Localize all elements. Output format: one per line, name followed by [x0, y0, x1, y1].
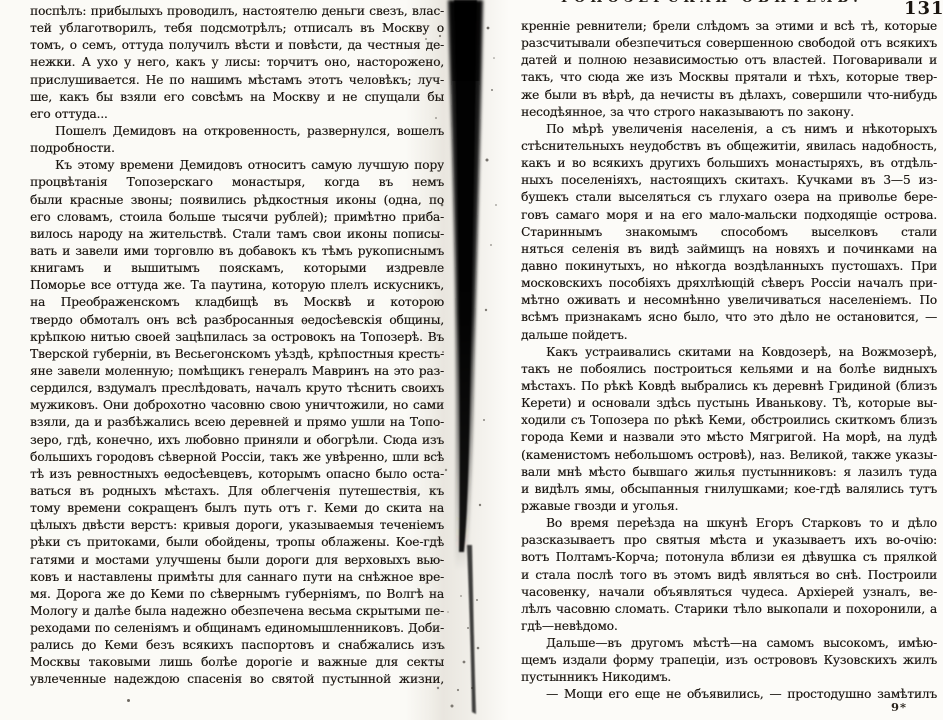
text-line: цѣлыхъ двѣсти верстъ: кривыя дороги, ука… — [30, 517, 444, 534]
text-line: разсчитывали обезпечиться совершенною св… — [521, 35, 937, 52]
text-line: мѣстахъ. По рѣкѣ Ковдѣ выбрались къ дере… — [521, 378, 937, 395]
text-line: бушекъ стали выселяться съ глухаго озера… — [521, 189, 937, 206]
text-line: мя. Дорога же до Кеми по сѣвернымъ губер… — [30, 586, 444, 603]
text-line: няться селенія въ видѣ займищъ на новяхъ… — [521, 241, 937, 258]
text-line: сердился, вздумалъ преслѣдовать, началъ … — [30, 380, 444, 397]
text-line: же были въ вѣрѣ, да нечисты въ дѣлахъ, с… — [521, 87, 937, 104]
text-line: пустынникъ Никодимъ. — [521, 669, 937, 686]
text-line: Тверской губерніи, въ Весьегонскомъ уѣзд… — [30, 346, 444, 363]
text-line: часовенку, начали объявляться чудеса. Ар… — [521, 584, 937, 601]
text-line: гатями и мостами улучшены были дороги дл… — [30, 552, 444, 569]
text-line: ныхъ поселеніяхъ, настоящихъ скитахъ. Ку… — [521, 172, 937, 189]
text-line: мѣтно оживать и несомнѣнно увеличиваться… — [521, 292, 937, 309]
text-line: поспѣлъ: прибылыхъ проводилъ, настоятелю… — [30, 3, 444, 20]
text-line: такъ, что сюда же изъ Москвы прятали и т… — [521, 69, 937, 86]
text-line: подробности. — [30, 140, 444, 157]
text-line: процвѣтанія Топозерскаго монастыря, когд… — [30, 174, 444, 191]
text-line: яне завели моленную; помѣщикъ генералъ М… — [30, 363, 444, 380]
text-line: прислушивается. Не по нашимъ мѣстамъ это… — [30, 72, 444, 89]
binding-shadow — [428, 0, 504, 720]
text-line: Стариннымъ знакомымъ способомъ выселковъ… — [521, 224, 937, 241]
page-right-lines: кренніе ревнители; брели слѣдомъ за этим… — [521, 18, 937, 704]
text-line: По мѣрѣ увеличенія населенія, а съ нимъ … — [521, 121, 937, 138]
text-line: такъ не побоялись построиться кельями и … — [521, 361, 937, 378]
text-line: его словамъ, стоила больше тысячи рублей… — [30, 209, 444, 226]
text-line: тей ублаготворилъ, тебя подсмотрѣлъ; отп… — [30, 20, 444, 37]
text-line: томъ, о семъ, оттуда получилъ вѣсти и по… — [30, 37, 444, 54]
text-line: его оттуда... — [30, 106, 444, 123]
text-line: реходами по селеніямъ и общинамъ единомы… — [30, 620, 444, 637]
text-line: вали мнѣ мѣсто бывшаго жилья пустынников… — [521, 464, 937, 481]
text-line: гдѣ—невѣдомо. — [521, 618, 937, 635]
text-line: дальше пойдетъ. — [521, 327, 937, 344]
text-line: нежки. А ухо у него, какъ у лисы: торчит… — [30, 54, 444, 71]
text-line: зеро, гдѣ, конечно, ихъ любовно приняли … — [30, 432, 444, 449]
page-left-lines: поспѣлъ: прибылыхъ проводилъ, настоятелю… — [30, 3, 444, 689]
text-line: всѣмъ признакамъ ясно было, что это дѣло… — [521, 309, 937, 326]
text-line: Какъ устраивались скитами на Ковдозерѣ, … — [521, 344, 937, 361]
scan-speckle — [425, 38, 427, 40]
text-line: Москвы таковыми лишь болѣе дорогіе и важ… — [30, 654, 444, 671]
text-line: рались до Кеми безъ всякихъ паспортовъ и… — [30, 637, 444, 654]
text-line: щемъ издали форму трапеціи, изъ островов… — [521, 652, 937, 669]
running-header: ТОПОЗЕРСКАЯ ОБИТЕЛЬ. — [521, 0, 901, 11]
text-line: большихъ городовъ сѣверной Россіи, такъ … — [30, 449, 444, 466]
text-line: Пошелъ Демидовъ на откровенность, развер… — [30, 123, 444, 140]
text-line: вилось народу на жительствѣ. Стали тамъ … — [30, 226, 444, 243]
text-line: книгамъ и вышитымъ пояскамъ, которыми из… — [30, 260, 444, 277]
text-line: взяли, да и разбѣжались всею деревней и … — [30, 414, 444, 431]
text-line: давно покинутыхъ, но нѣкогда воздѣланных… — [521, 258, 937, 275]
text-line: — Мощи его еще не объявились, — простоду… — [521, 686, 937, 703]
text-line: города Кеми и назвали это мѣсто Мягригой… — [521, 429, 937, 446]
text-line: говъ самаго моря и на его мало-мальски п… — [521, 207, 937, 224]
text-line: ваться въ родныхъ мѣстахъ. Для облегчені… — [30, 483, 444, 500]
text-line: и видѣлъ ямы, обсыпанныя гнилушками; кое… — [521, 481, 937, 498]
text-line: Керети) и основали здѣсь пустынь Иванько… — [521, 395, 937, 412]
text-line: вотъ Полтамъ-Корча; потонула вблизи ея д… — [521, 549, 937, 566]
text-line: московскихъ пособіяхъ дряхлѣющій сѣверъ … — [521, 275, 937, 292]
text-line: увлеченные надеждою спасенія во святой п… — [30, 671, 444, 688]
text-line: и стала послѣ того въ этомъ видѣ являтьс… — [521, 567, 937, 584]
book-scan: ТОПОЗЕРСКАЯ ОБИТЕЛЬ. 131 поспѣлъ: прибыл… — [0, 0, 943, 720]
text-line: лѣлъ часовню сломать. Старики тѣло выкоп… — [521, 601, 937, 618]
text-line: были красные звоны; появились рѣдкостныя… — [30, 192, 444, 209]
running-title: ТОПОЗЕРСКАЯ ОБИТЕЛЬ. — [521, 0, 901, 8]
text-line: твердо обмоталъ онъ всѣ разбросанныя ѳед… — [30, 312, 444, 329]
text-line: кренніе ревнители; брели слѣдомъ за этим… — [521, 18, 937, 35]
text-line: вать и завели ими торговлю въ добавокъ к… — [30, 243, 444, 260]
text-line: какъ и во всякихъ другихъ большихъ монас… — [521, 155, 937, 172]
text-line: Поморье все оттуда же. Та паутина, котор… — [30, 277, 444, 294]
text-line: датей и полною независимостью отъ власте… — [521, 52, 937, 69]
text-line: несодѣянное, за что строго наказываютъ п… — [521, 104, 937, 121]
text-line: Во время переѣзда на шкунѣ Егоръ Старков… — [521, 515, 937, 532]
signature-mark: 9* — [891, 700, 907, 714]
text-line: крѣпкою нитью своей зацѣпилась за остров… — [30, 329, 444, 346]
text-line: ковъ и наставлены примѣты для саннаго пу… — [30, 569, 444, 586]
text-line: ходили съ Топозера по рѣкѣ Кеми, обстрои… — [521, 412, 937, 429]
text-line: ржавые гвозди и уголья. — [521, 498, 937, 515]
text-line: мужиковъ. Они доброхотно часовню свою ун… — [30, 397, 444, 414]
text-line: Дальше—въ другомъ мѣстѣ—на самомъ высоко… — [521, 635, 937, 652]
text-line: ше, какъ бы взяли его совсѣмъ на Москву … — [30, 89, 444, 106]
text-line: Къ этому времени Демидовъ относитъ самую… — [30, 157, 444, 174]
text-line: тѣ изъ ревностныхъ ѳедосѣевцевъ, которым… — [30, 466, 444, 483]
text-line: Мологу и далѣе была надежно обезпечена в… — [30, 603, 444, 620]
page-number: 131 — [904, 0, 943, 19]
text-line: рѣки съ притоками, были обойдены, тропы … — [30, 534, 444, 551]
scan-speckle — [127, 699, 130, 702]
text-line: тому времени сокращенъ былъ путь отъ г. … — [30, 500, 444, 517]
text-line: (каменистомъ небольшомъ островѣ), наз. В… — [521, 447, 937, 464]
text-line: разсказываетъ про святыя мѣста и указыва… — [521, 532, 937, 549]
text-line: стѣснительныхъ неудобствъ въ общежитіи, … — [521, 138, 937, 155]
text-line: на Преображенскомъ кладбищѣ въ Москвѣ и … — [30, 294, 444, 311]
